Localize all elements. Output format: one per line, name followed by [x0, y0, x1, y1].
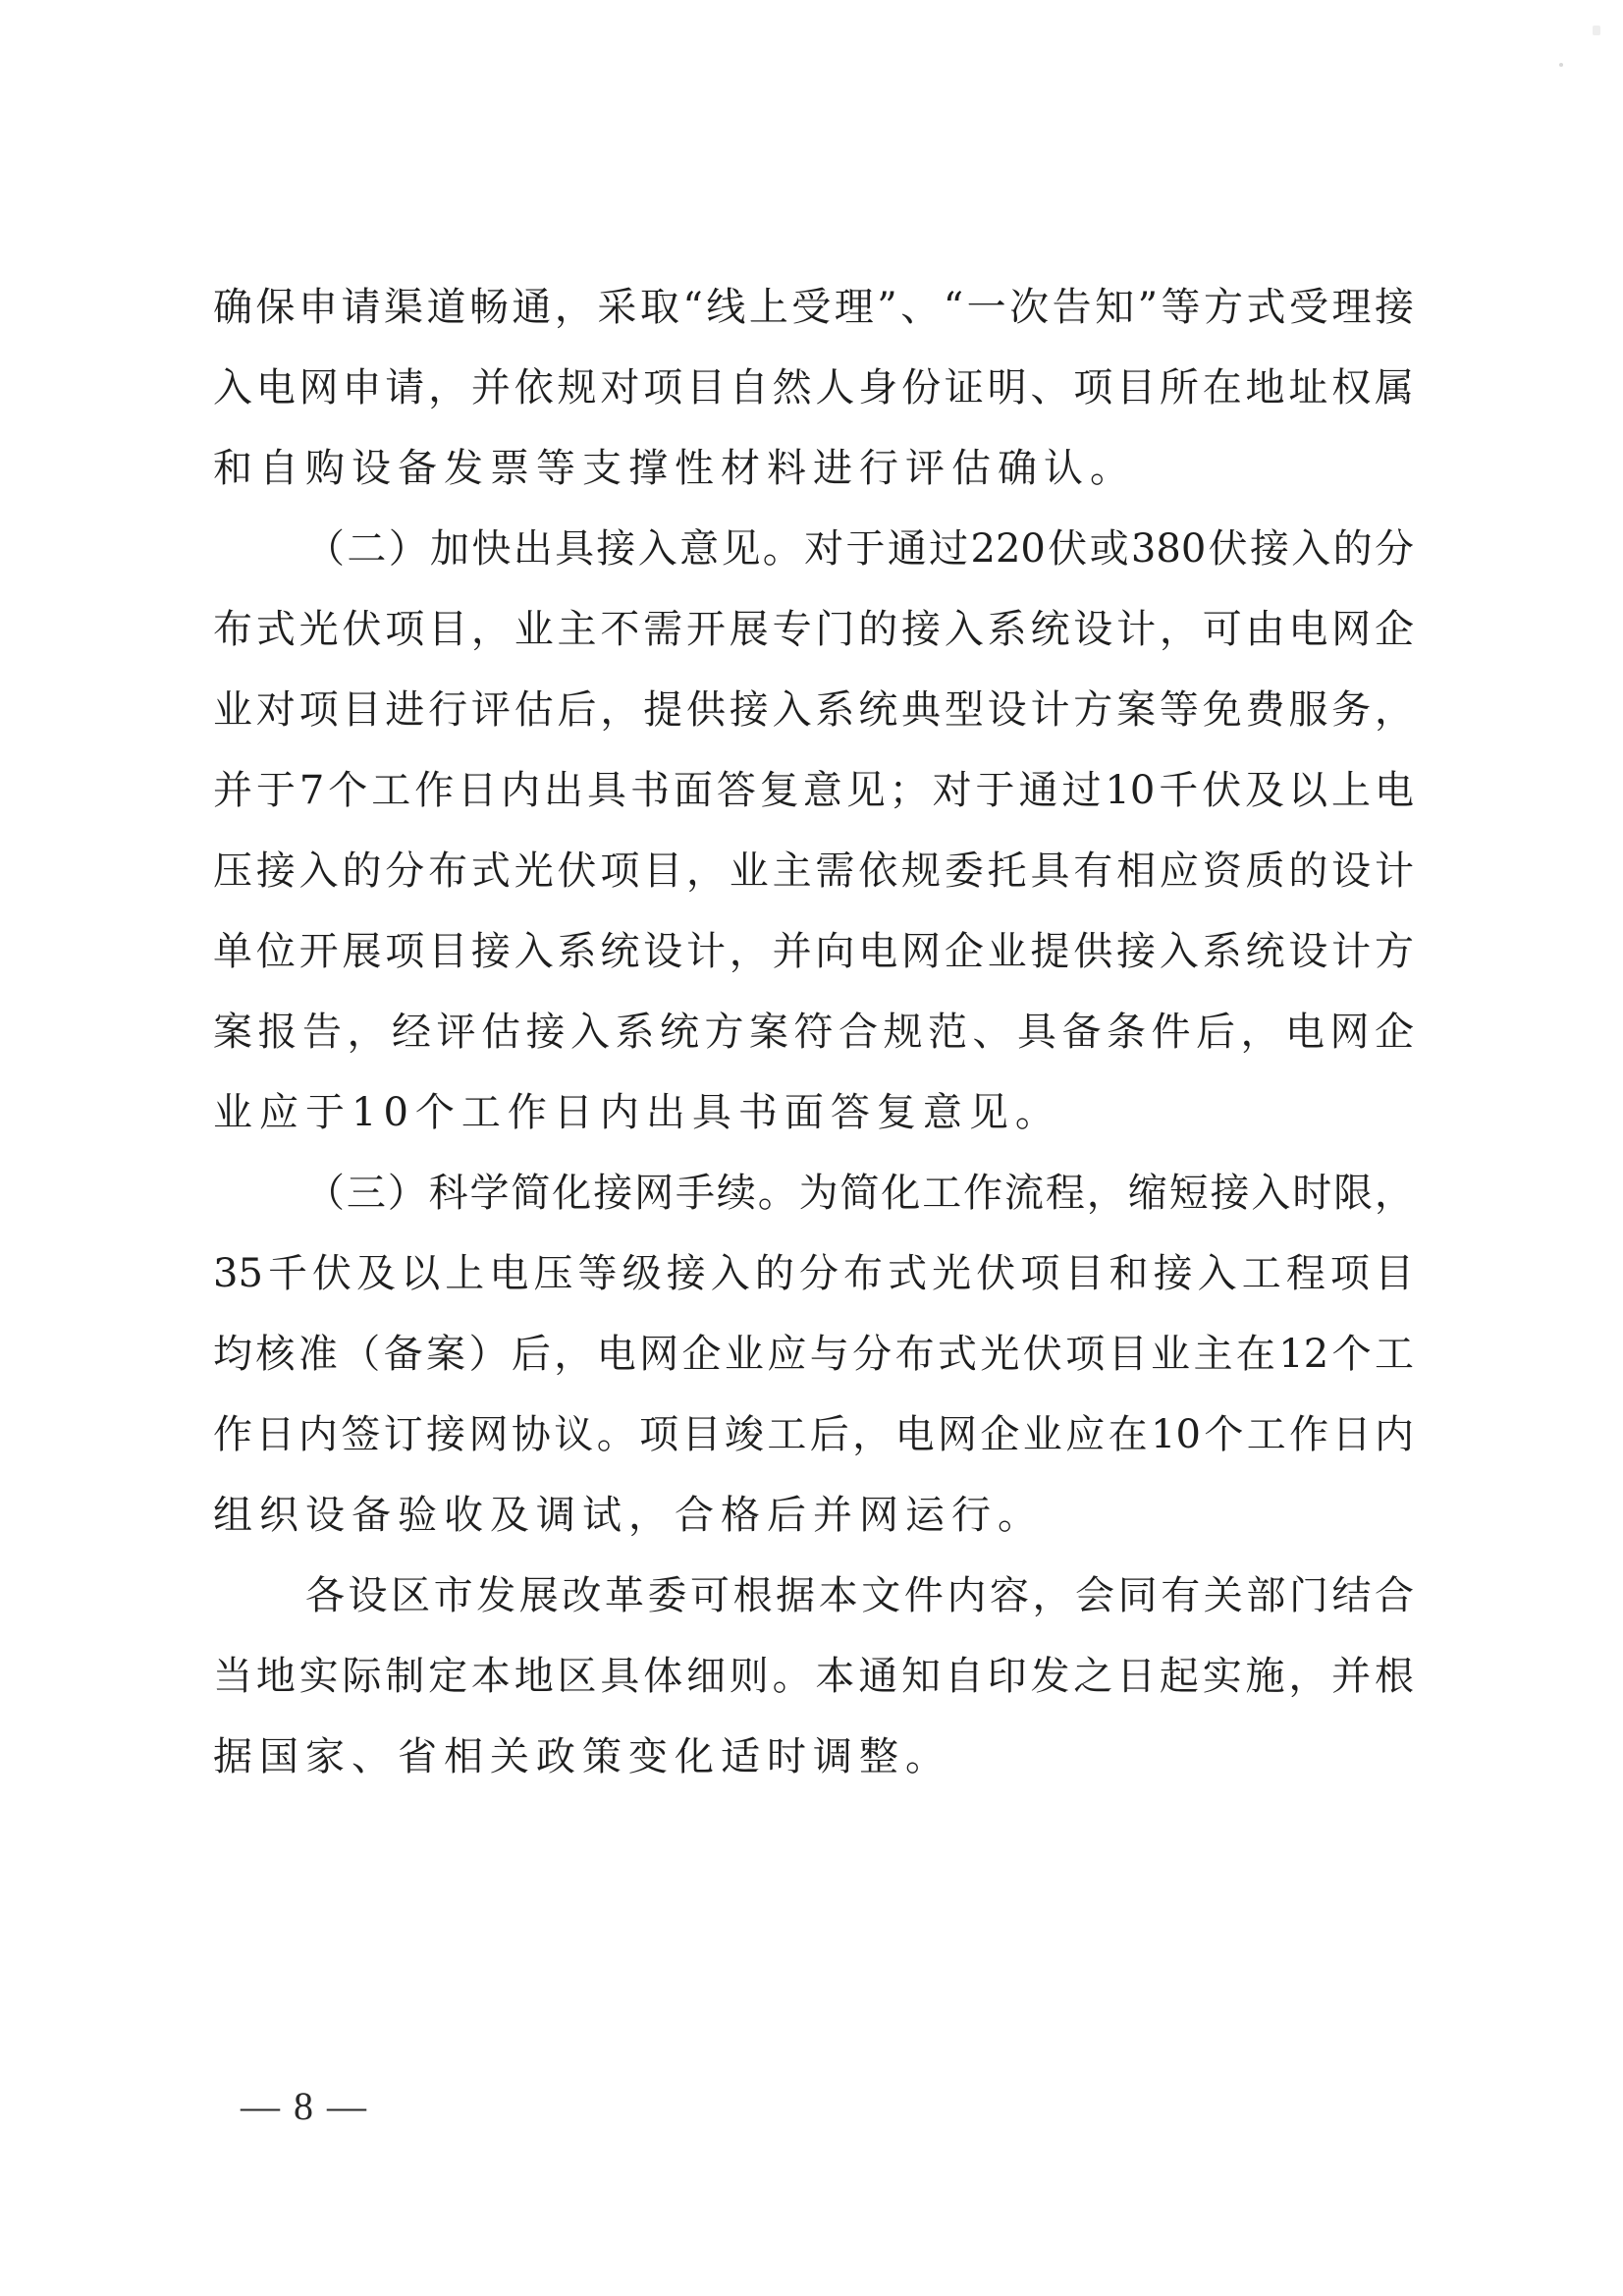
text-line: 35千伏及以上电压等级接入的分布式光伏项目和接入工程项目: [213, 1233, 1414, 1314]
text-line: 组织设备验收及调试，合格后并网运行。: [213, 1475, 1414, 1556]
text-line: 入电网申请，并依规对项目自然人身份证明、项目所在地址权属: [213, 348, 1414, 428]
scan-artifact: [1559, 63, 1563, 67]
text-line: 确保申请渠道畅通，采取“线上受理”、“一次告知”等方式受理接: [213, 267, 1414, 348]
text-line: 当地实际制定本地区具体细则。本通知自印发之日起实施，并根: [213, 1636, 1414, 1717]
text-line: 并于7个工作日内出具书面答复意见；对于通过10千伏及以上电: [213, 750, 1414, 831]
paragraph-section-3: （三）科学简化接网手续。为简化工作流程，缩短接入时限， 35千伏及以上电压等级接…: [213, 1153, 1414, 1556]
paragraph-section-2: （二）加快出具接入意见。对于通过220伏或380伏接入的分 布式光伏项目，业主不…: [213, 509, 1414, 1153]
document-body: 确保申请渠道畅通，采取“线上受理”、“一次告知”等方式受理接 入电网申请，并依规…: [213, 267, 1414, 1797]
text-line: 均核准（备案）后，电网企业应与分布式光伏项目业主在12个工: [213, 1314, 1414, 1394]
text-line: 布式光伏项目，业主不需开展专门的接入系统设计，可由电网企: [213, 589, 1414, 670]
paragraph-continuation: 确保申请渠道畅通，采取“线上受理”、“一次告知”等方式受理接 入电网申请，并依规…: [213, 267, 1414, 509]
scan-artifact: [1593, 26, 1600, 35]
text-line: 业对项目进行评估后，提供接入系统典型设计方案等免费服务，: [213, 670, 1414, 750]
text-line: 压接入的分布式光伏项目，业主需依规委托具有相应资质的设计: [213, 831, 1414, 911]
text-line: 作日内签订接网协议。项目竣工后，电网企业应在10个工作日内: [213, 1394, 1414, 1475]
section-heading-line: （二）加快出具接入意见。对于通过220伏或380伏接入的分: [213, 509, 1414, 589]
document-page: 确保申请渠道畅通，采取“线上受理”、“一次告知”等方式受理接 入电网申请，并依规…: [0, 0, 1623, 2296]
text-line: 案报告，经评估接入系统方案符合规范、具备条件后，电网企: [213, 992, 1414, 1072]
section-heading-line: （三）科学简化接网手续。为简化工作流程，缩短接入时限，: [213, 1153, 1414, 1233]
text-line: 和自购设备发票等支撑性材料进行评估确认。: [213, 428, 1414, 509]
text-line: 据国家、省相关政策变化适时调整。: [213, 1717, 1414, 1797]
text-line: 业应于10个工作日内出具书面答复意见。: [213, 1072, 1414, 1153]
text-line: 单位开展项目接入系统设计，并向电网企业提供接入系统设计方: [213, 911, 1414, 992]
paragraph-closing: 各设区市发展改革委可根据本文件内容，会同有关部门结合 当地实际制定本地区具体细则…: [213, 1556, 1414, 1797]
page-number: — 8 —: [241, 2082, 368, 2131]
text-line: 各设区市发展改革委可根据本文件内容，会同有关部门结合: [213, 1556, 1414, 1636]
